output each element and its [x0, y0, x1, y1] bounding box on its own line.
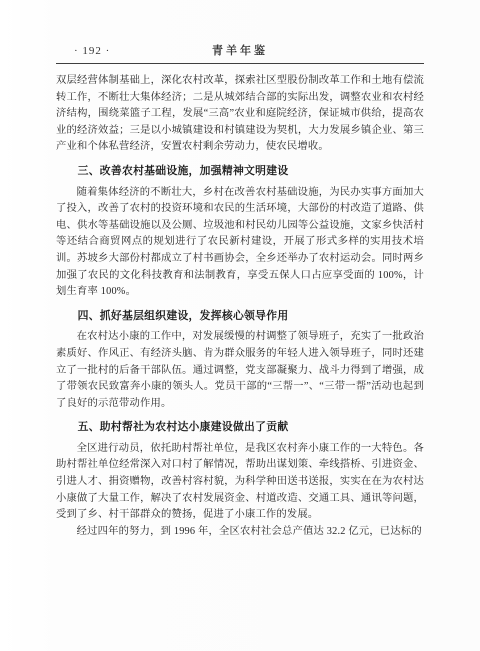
section-heading-3: 三、改善农村基础设施，加强精神文明建设 — [56, 163, 424, 180]
paragraph: 全区进行动员，依托助村帮社单位，是我区农村奔小康工作的一大特色。各助村帮社单位经… — [56, 441, 424, 524]
text-block: · 192 · 青羊年鉴 双层经营体制基础上，深化农村改革，探索社区型股份制改革… — [56, 44, 424, 540]
section-heading-5: 五、助村帮社为农村达小康建设做出了贡献 — [56, 419, 424, 436]
paragraph-last: 经过四年的努力，到 1996 年，全区农村社会总产值达 32.2 亿元，已达标的 — [56, 524, 424, 541]
paragraph-continuation: 双层经营体制基础上，深化农村改革，探索社区型股份制改革工作和土地有偿流转工作，不… — [56, 73, 424, 156]
header-rule — [56, 63, 424, 64]
paragraph: 在农村达小康的工作中，对发展缓慢的村调整了领导班子，充实了一批政治素质好、作风正… — [56, 329, 424, 412]
section-heading-4: 四、抓好基层组织建设，发挥核心领导作用 — [56, 308, 424, 325]
scanned-document-page: · 192 · 青羊年鉴 双层经营体制基础上，深化农村改革，探索社区型股份制改革… — [0, 0, 480, 651]
paragraph: 随着集体经济的不断壮大，乡村在改善农村基础设施，为民办实事方面加大了投入，改善了… — [56, 185, 424, 301]
journal-title: 青羊年鉴 — [56, 44, 424, 59]
page-body: 双层经营体制基础上，深化农村改革，探索社区型股份制改革工作和土地有偿流转工作，不… — [56, 73, 424, 540]
running-header: · 192 · 青羊年鉴 — [56, 44, 424, 59]
